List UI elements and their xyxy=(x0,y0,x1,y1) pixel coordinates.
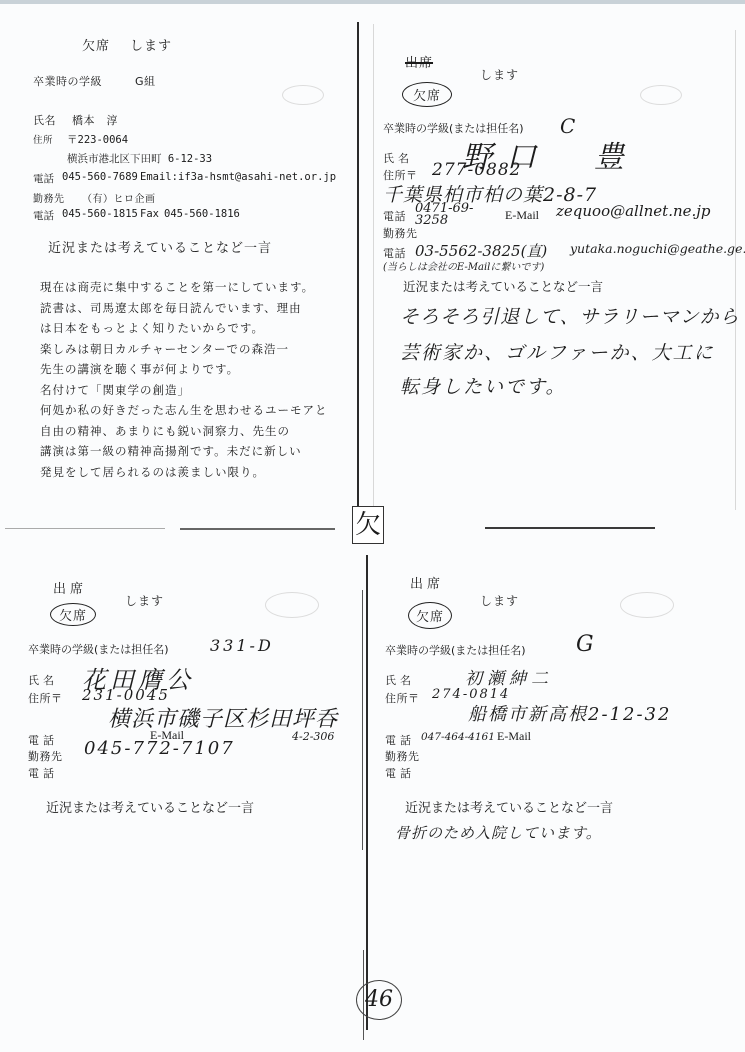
postal-code: 277-0882 xyxy=(432,160,521,180)
work-label: 勤務先 xyxy=(385,748,420,764)
postal-code: 〒223-0064 xyxy=(67,132,128,147)
comment-line: 芸術家か、ゴルファーか、大工に xyxy=(400,338,715,365)
work-label: 勤務先 xyxy=(33,190,65,205)
divider-horizontal-left xyxy=(180,528,335,530)
class-label: 卒業時の学級(または担任名) xyxy=(385,642,526,658)
class-value: G xyxy=(576,632,594,657)
name-label: 氏名 xyxy=(385,672,415,688)
divider-horizontal-right xyxy=(485,527,655,529)
work-label: 勤務先 xyxy=(28,748,63,764)
work-phone-label: 電話 xyxy=(385,765,415,781)
absence-stamp: 欠 xyxy=(352,506,384,544)
bleedthrough-circle xyxy=(282,85,324,105)
address: 横浜市磯子区杉田坪呑 xyxy=(108,702,338,733)
email: if3a-hsmt@asahi-net.or.jp xyxy=(178,171,336,183)
work-phone: 045-560-1815 xyxy=(62,208,138,220)
comment-line: 楽しみは朝日カルチャーセンターでの森浩一 xyxy=(40,339,340,360)
phone: 0471-69-3258 xyxy=(415,203,477,227)
comment-body: 現在は商売に集中することを第一にしています。 読書は、司馬遼太郎を毎日読んでいま… xyxy=(40,277,340,482)
divider-vertical-bottom xyxy=(366,555,368,1030)
comment-line: 何処か私の好きだった志ん生を思わせるユーモアと xyxy=(40,400,340,421)
comment-line: 名付けて「関東学の創造」 xyxy=(40,380,340,401)
comment-line: 骨折のため入院しています。 xyxy=(395,822,602,843)
comment-line: 読書は、司馬遼太郎を毎日読んでいます、理由 xyxy=(40,298,340,319)
comment-line: そろそろ引退して、サラリーマンから xyxy=(400,302,740,329)
work-email: yutaka.noguchi@geathe.ge.com xyxy=(570,240,720,257)
comment-line: 発見をして居られるのは羨ましい限り。 xyxy=(40,462,340,483)
option-absent-circled: 欠席 xyxy=(402,82,452,107)
address-label: 住所〒 xyxy=(28,690,63,706)
bleedthrough-text xyxy=(600,820,606,841)
name-label: 氏名 xyxy=(383,150,413,166)
class-value: 331-D xyxy=(210,636,274,655)
address-sub: 4-2-306 xyxy=(292,730,334,743)
email: zequoo@allnet.ne.jp xyxy=(556,202,706,220)
name-label: 氏名 xyxy=(33,112,56,128)
scan-edge xyxy=(0,0,745,4)
phone-label: 電話 xyxy=(33,171,54,186)
fax: 045-560-1816 xyxy=(164,208,240,220)
divider-vertical-top xyxy=(357,22,359,522)
phone-label: 電話 xyxy=(28,732,58,748)
comment-line: 先生の講演を聴く事が何よりです。 xyxy=(40,359,340,380)
phone: 045-772-7107 xyxy=(84,738,235,759)
comment-heading: 近況または考えていることなど一言 xyxy=(46,797,254,816)
bleedthrough-circle xyxy=(640,85,682,105)
work-label: 勤務先 xyxy=(383,225,418,241)
name-label: 氏名 xyxy=(28,672,58,688)
comment-line: 現在は商売に集中することを第一にしています。 xyxy=(40,277,340,298)
address: 横浜市港北区下田町 6-12-33 xyxy=(67,151,212,166)
attendance-shimasu: します xyxy=(480,66,519,83)
comment-line: 講演は第一級の精神高揚剤です。未だに新しい xyxy=(40,441,340,462)
card-edge-bottom-left-right xyxy=(362,590,363,850)
option-attend: 出席 xyxy=(53,578,87,597)
attendance-shimasu: します xyxy=(130,35,172,54)
work-note: (当らしは会社のE-Mailに繋いです) xyxy=(383,258,544,273)
email-label: E-Mail xyxy=(497,729,531,744)
bleedthrough-circle xyxy=(620,592,674,618)
comment-line: 自由の精神、あまりにも鋭い洞察力、先生の xyxy=(40,421,340,442)
option-attend-struck: 出席 xyxy=(405,52,433,71)
email-label: E-Mail xyxy=(505,208,539,223)
option-attend: 出席 xyxy=(410,573,444,592)
option-absent-circled: 欠席 xyxy=(408,602,452,629)
email-label: Email: xyxy=(140,171,178,183)
option-absent-circled: 欠席 xyxy=(50,603,96,626)
work-value: （有）ヒロ企画 xyxy=(82,190,156,205)
attendance-shimasu: します xyxy=(480,592,519,609)
attendance-status: 欠席 xyxy=(82,35,110,54)
comment-line: は日本をもっとよく知りたいからです。 xyxy=(40,318,340,339)
page-number: 46 xyxy=(356,980,402,1020)
address-label: 住所 xyxy=(33,132,53,146)
name-value: 初瀬紳二 xyxy=(465,664,553,689)
comment-heading: 近況または考えていることなど一言 xyxy=(405,797,613,816)
divider-horizontal-left-short xyxy=(5,528,165,529)
attendance-shimasu: します xyxy=(125,592,164,609)
comment-heading: 近況または考えていることなど一言 xyxy=(403,277,603,295)
class-value: G組 xyxy=(135,73,156,89)
work-phone-label: 電話 xyxy=(28,765,58,781)
address: 船橋市新高根2-12-32 xyxy=(468,700,671,726)
phone-label: 電話 xyxy=(383,208,406,224)
address-label: 住所〒 xyxy=(385,690,420,706)
bleedthrough-circle xyxy=(265,592,319,618)
work-phone-label: 電話 xyxy=(33,208,54,223)
class-label: 卒業時の学級(または担任名) xyxy=(28,641,169,657)
phone-label: 電話 xyxy=(385,732,415,748)
comment-heading: 近況または考えていることなど一言 xyxy=(48,237,272,256)
comment-line: 転身したいです。 xyxy=(400,372,566,399)
phone: 045-560-7689 xyxy=(62,171,138,183)
card-edge-top-right xyxy=(373,24,374,524)
name-value: 橋本 淳 xyxy=(72,112,118,128)
class-label: 卒業時の学級 xyxy=(33,73,102,89)
phone: 047-464-4161 xyxy=(421,731,495,743)
card-edge-right xyxy=(735,30,736,510)
fax-label: Fax xyxy=(140,208,159,220)
